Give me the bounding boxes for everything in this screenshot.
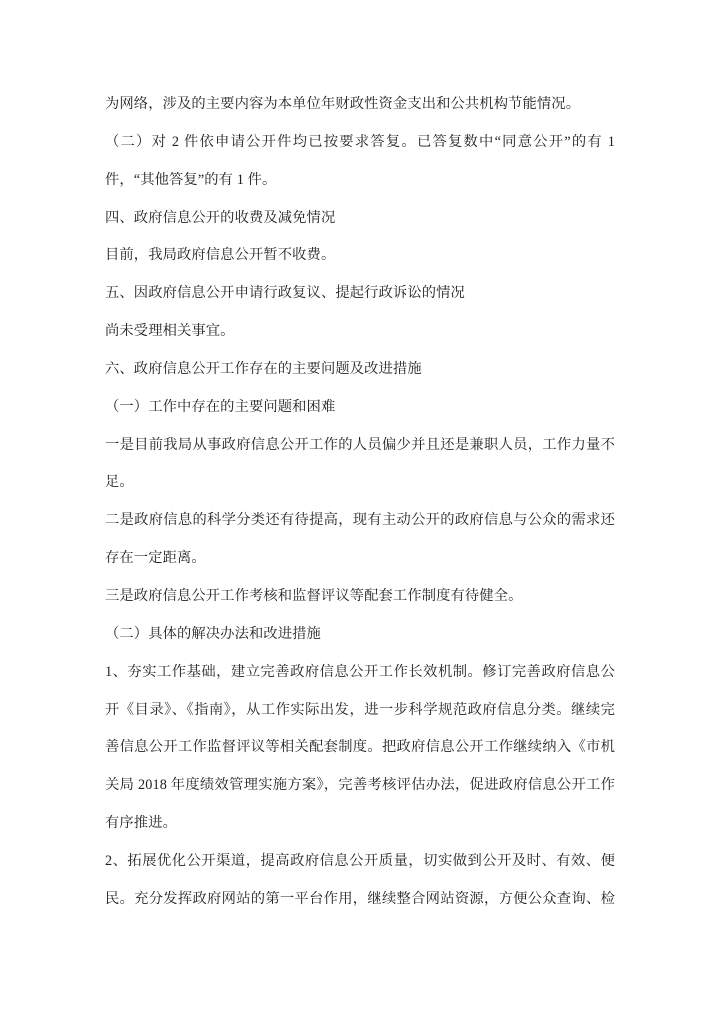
text-line: 目前，我局政府信息公开暂不收费。 xyxy=(105,237,615,275)
text-line: 四、政府信息公开的收费及减免情况 xyxy=(105,200,615,238)
text-line: 民。充分发挥政府网站的第一平台作用，继续整合网站资源，方便公众查询、检 xyxy=(105,881,615,919)
text-line: 一是目前我局从事政府信息公开工作的人员偏少并且还是兼职人员，工作力量不 xyxy=(105,427,615,465)
text-line: 善信息公开工作监督评议等相关配套制度。把政府信息公开工作继续纳入《市机 xyxy=(105,729,615,767)
document-body: 为网络，涉及的主要内容为本单位年财政性资金支出和公共机构节能情况。（二）对 2 … xyxy=(105,86,615,919)
text-line: 二是政府信息的科学分类还有待提高，现有主动公开的政府信息与公众的需求还 xyxy=(105,502,615,540)
text-line: 2、拓展优化公开渠道，提高政府信息公开质量，切实做到公开及时、有效、便 xyxy=(105,843,615,881)
text-line: （二）具体的解决办法和改进措施 xyxy=(105,616,615,654)
text-line: 存在一定距离。 xyxy=(105,540,615,578)
text-line: （一）工作中存在的主要问题和困难 xyxy=(105,389,615,427)
text-line: （二）对 2 件依申请公开件均已按要求答复。已答复数中“同意公开”的有 1 xyxy=(105,124,615,162)
text-line: 关局 2018 年度绩效管理实施方案》，完善考核评估办法，促进政府信息公开工作 xyxy=(105,767,615,805)
text-line: 1、夯实工作基础，建立完善政府信息公开工作长效机制。修订完善政府信息公 xyxy=(105,654,615,692)
text-line: 六、政府信息公开工作存在的主要问题及改进措施 xyxy=(105,351,615,389)
document-page: 为网络，涉及的主要内容为本单位年财政性资金支出和公共机构节能情况。（二）对 2 … xyxy=(0,0,721,1020)
text-line: 有序推进。 xyxy=(105,805,615,843)
text-line: 三是政府信息公开工作考核和监督评议等配套工作制度有待健全。 xyxy=(105,578,615,616)
text-line: 足。 xyxy=(105,464,615,502)
text-line: 五、因政府信息公开申请行政复议、提起行政诉讼的情况 xyxy=(105,275,615,313)
text-line: 开《目录》、《指南》，从工作实际出发，进一步科学规范政府信息分类。继续完 xyxy=(105,692,615,730)
text-line: 尚未受理相关事宜。 xyxy=(105,313,615,351)
text-line: 为网络，涉及的主要内容为本单位年财政性资金支出和公共机构节能情况。 xyxy=(105,86,615,124)
text-line: 件，“其他答复”的有 1 件。 xyxy=(105,162,615,200)
